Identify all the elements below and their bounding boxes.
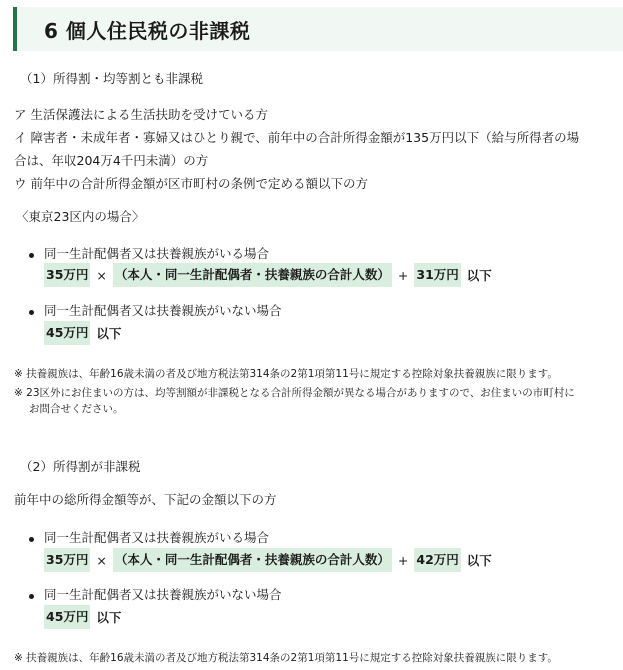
p2-headcount: （本人・同一生計配偶者・扶養親族の合計人数） <box>113 548 392 572</box>
bullet-icon <box>29 310 34 315</box>
area-label: 〈東京23区内の場合〉 <box>16 209 144 225</box>
p2-note-1: ※ 扶養親族は、年齢16歳未満の者及び地方税法第314条の2第1項第11号に規定… <box>14 650 558 666</box>
p1-without-suffix: 以下 <box>90 324 127 342</box>
bullet-icon <box>29 594 34 599</box>
p2-case-without-label: 同一生計配偶者又は扶養親族がいない場合 <box>44 587 282 603</box>
times-sign: × <box>90 553 112 568</box>
part2-heading: （2）所得割が非課税 <box>20 459 140 475</box>
p1-without-amount: 45万円 <box>44 321 90 345</box>
p1-case-with-label: 同一生計配偶者又は扶養親族がいる場合 <box>44 246 269 262</box>
p1-formula-without: 45万円 以下 <box>44 321 127 345</box>
plus-sign: + <box>392 553 414 568</box>
part1-item-i-cont: 合は、年収204万4千円未満）の方 <box>14 153 208 169</box>
p2-without-amount: 45万円 <box>44 605 90 629</box>
times-sign: × <box>90 268 112 283</box>
p1-base-amount: 35万円 <box>44 263 90 287</box>
part2-intro: 前年中の総所得金額等が、下記の金額以下の方 <box>14 492 277 508</box>
p2-base-amount: 35万円 <box>44 548 90 572</box>
p1-note-2: ※ 23区外にお住まいの方は、均等割額が非課税となる合計所得金額が異なる場合があ… <box>14 385 575 401</box>
p2-formula-with: 35万円 × （本人・同一生計配偶者・扶養親族の合計人数） + 42万円 以下 <box>44 548 498 572</box>
p1-note-2-cont: お問合せください。 <box>29 401 124 417</box>
bullet-icon <box>29 537 34 542</box>
p1-suffix: 以下 <box>461 266 498 284</box>
section-title-text: 6 個人住民税の非課税 <box>44 15 250 44</box>
p2-without-suffix: 以下 <box>90 608 127 626</box>
part1-item-i: イ 障害者・未成年者・寡婦又はひとり親で、前年中の合計所得金額が135万円以下（… <box>14 130 579 146</box>
p2-add-amount: 42万円 <box>414 548 460 572</box>
p1-formula-with: 35万円 × （本人・同一生計配偶者・扶養親族の合計人数） + 31万円 以下 <box>44 263 498 287</box>
p1-headcount: （本人・同一生計配偶者・扶養親族の合計人数） <box>113 263 392 287</box>
p2-formula-without: 45万円 以下 <box>44 605 127 629</box>
p1-case-without-label: 同一生計配偶者又は扶養親族がいない場合 <box>44 303 282 319</box>
p2-case-with-label: 同一生計配偶者又は扶養親族がいる場合 <box>44 530 269 546</box>
part1-item-u: ウ 前年中の合計所得金額が区市町村の条例で定める額以下の方 <box>14 176 368 192</box>
plus-sign: + <box>392 268 414 283</box>
section-title: 6 個人住民税の非課税 <box>13 7 623 51</box>
bullet-icon <box>29 253 34 258</box>
p1-add-amount: 31万円 <box>414 263 460 287</box>
p1-note-1: ※ 扶養親族は、年齢16歳未満の者及び地方税法第314条の2第1項第11号に規定… <box>14 366 558 382</box>
part1-heading: （1）所得割・均等割とも非課税 <box>20 71 203 87</box>
part1-item-a: ア 生活保護法による生活扶助を受けている方 <box>14 107 268 123</box>
p2-suffix: 以下 <box>461 551 498 569</box>
